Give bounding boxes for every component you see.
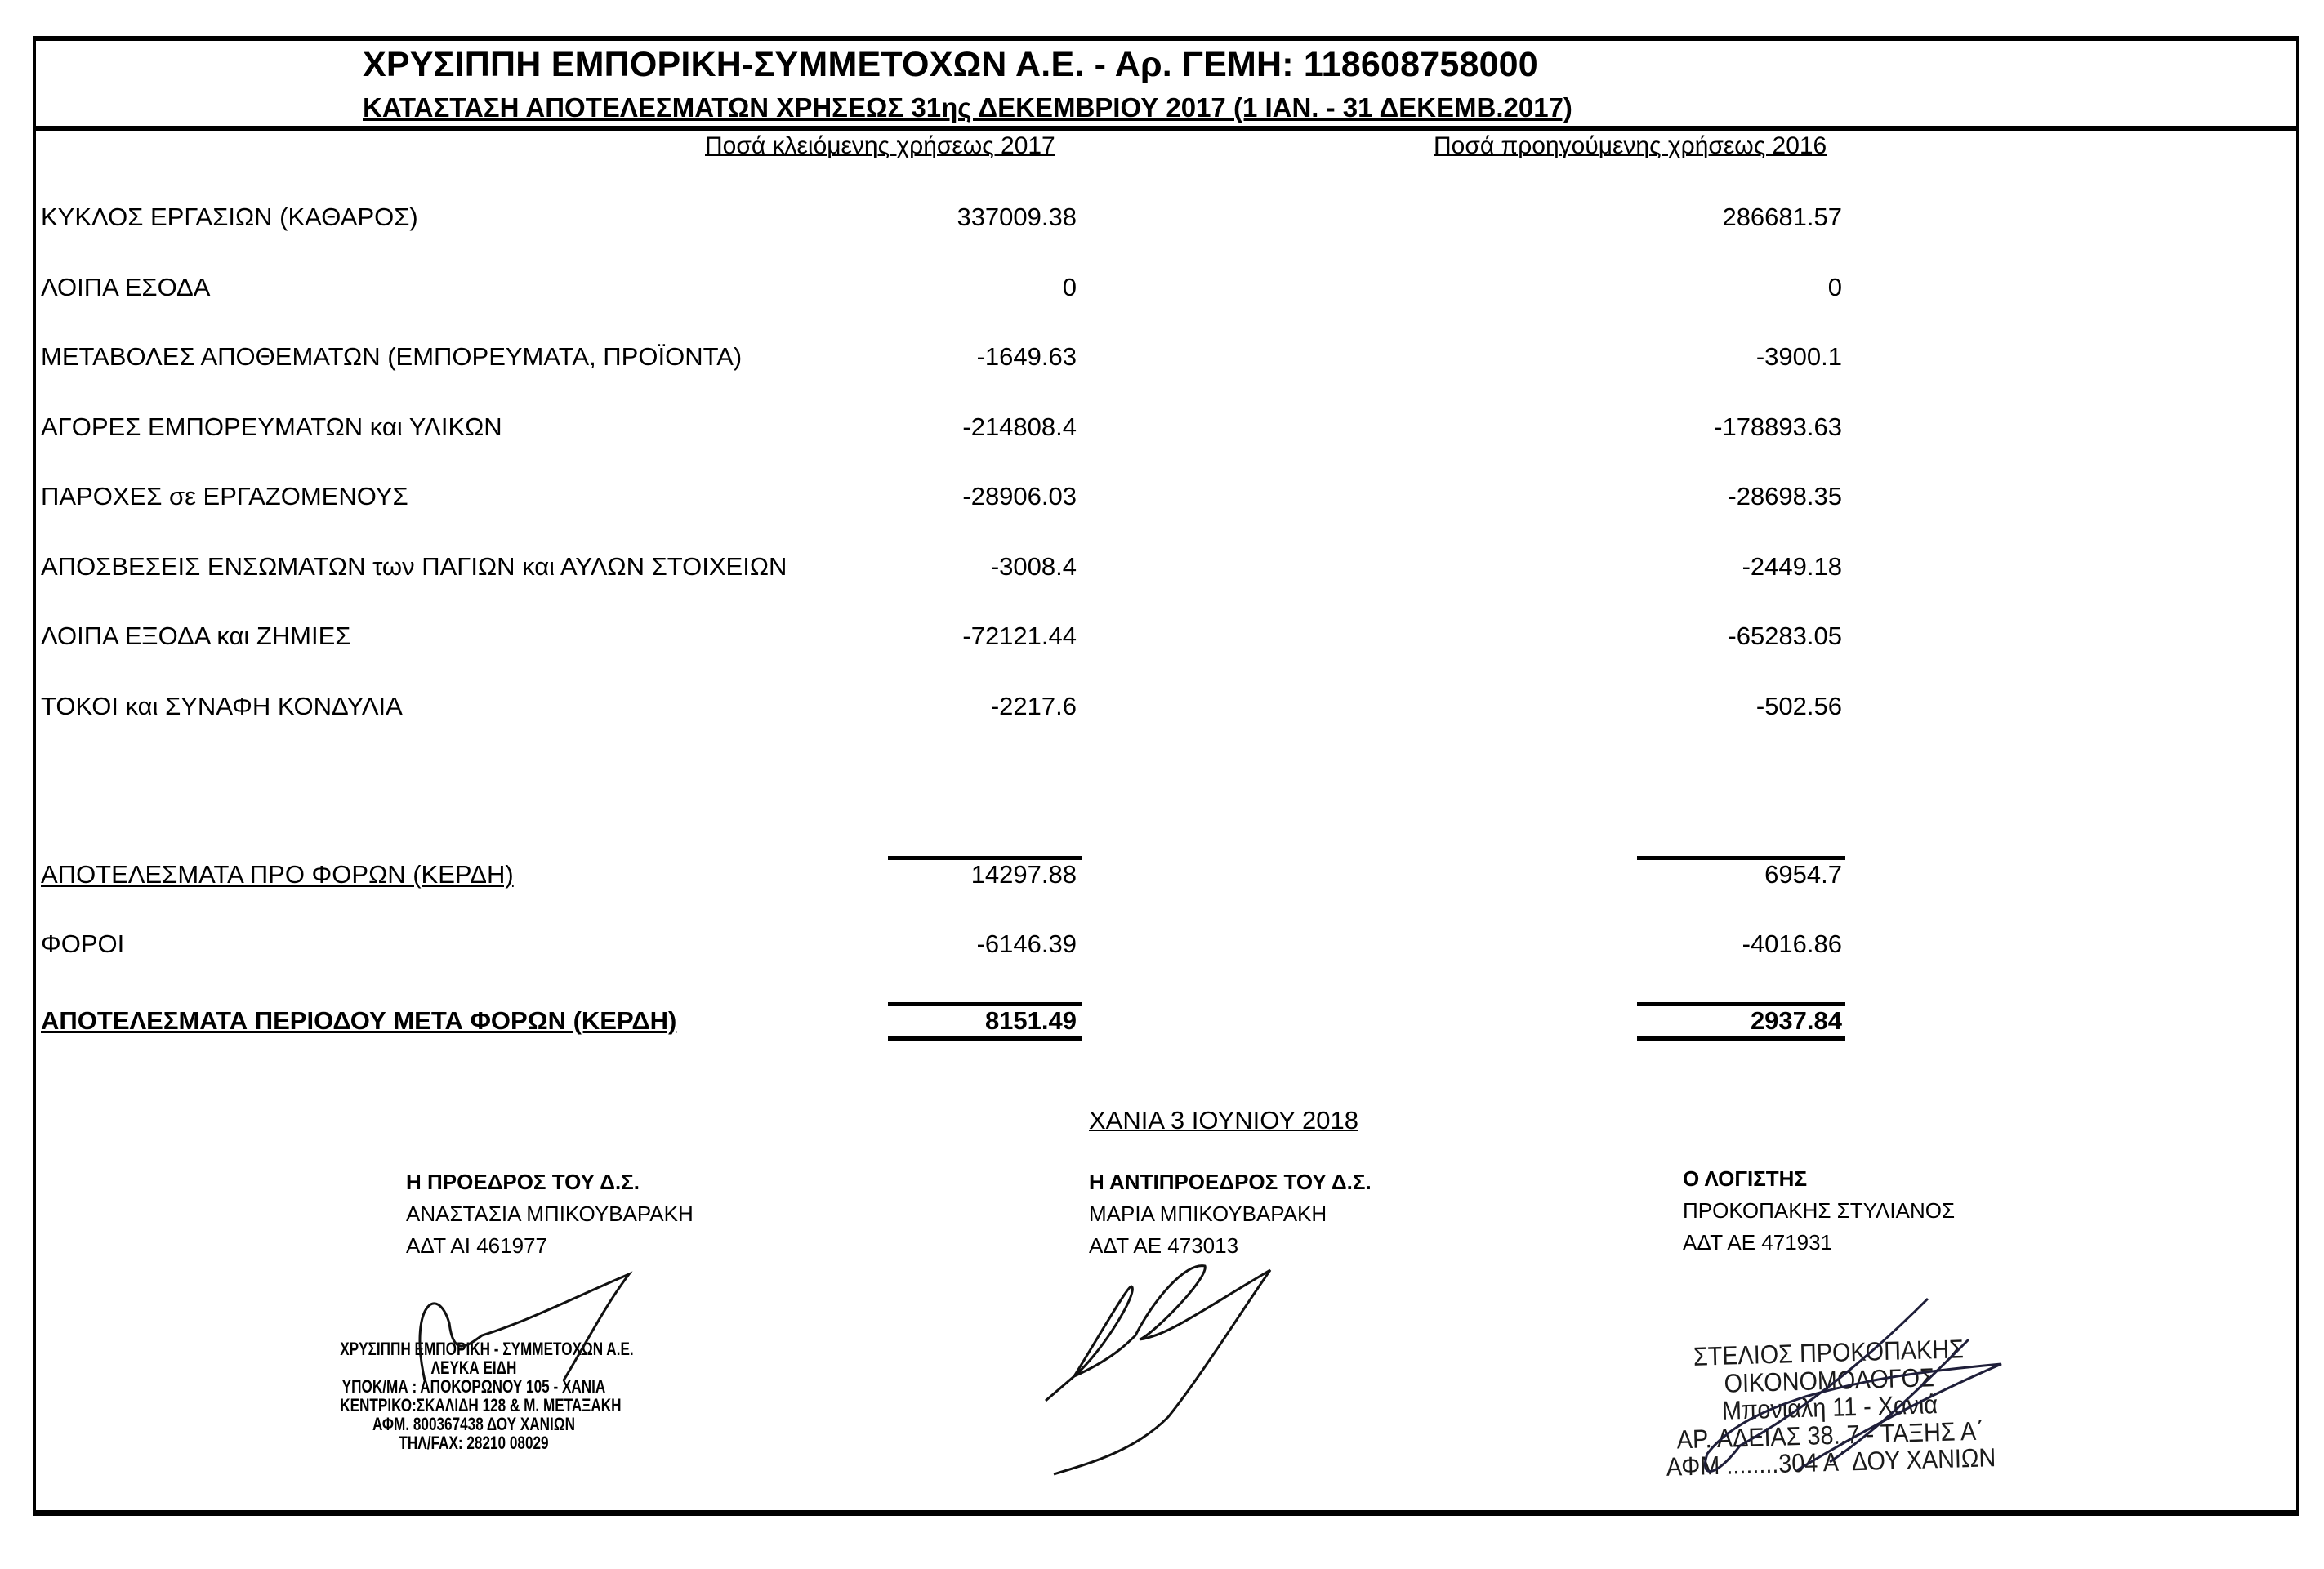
- line-item-2017: -214808.4: [750, 412, 1077, 442]
- signatory-vice-president: Η ΑΝΤΙΠΡΟΕΔΡΟΣ ΤΟΥ Δ.Σ. ΜΑΡΙΑ ΜΠΙΚΟΥΒΑΡΑ…: [1089, 1166, 1372, 1262]
- line-item-2017: -1649.63: [750, 342, 1077, 372]
- after-tax-label: ΑΠΟΤΕΛΕΣΜΑΤΑ ΠΕΡΙΟΔΟΥ ΜΕΤΑ ΦΟΡΩΝ (ΚΕΡΔΗ): [41, 1006, 676, 1036]
- signatory-name: ΑΝΑΣΤΑΣΙΑ ΜΠΙΚΟΥΒΑΡΑΚΗ: [406, 1198, 694, 1230]
- after-tax-2017: 8151.49: [750, 1006, 1077, 1036]
- line-item-2017: -3008.4: [750, 552, 1077, 582]
- header-divider: [33, 126, 2299, 131]
- taxes-label: ΦΟΡΟΙ: [41, 929, 124, 959]
- place-date: ΧΑΝΙΑ 3 ΙΟΥΝΙΟΥ 2018: [1089, 1106, 1358, 1135]
- signatory-president: Η ΠΡΟΕΔΡΟΣ ΤΟΥ Δ.Σ. ΑΝΑΣΤΑΣΙΑ ΜΠΙΚΟΥΒΑΡΑ…: [406, 1166, 694, 1262]
- pre-tax-label: ΑΠΟΤΕΛΕΣΜΑΤΑ ΠΡΟ ΦΟΡΩΝ (ΚΕΡΔΗ): [41, 860, 514, 889]
- signatory-role: Η ΠΡΟΕΔΡΟΣ ΤΟΥ Δ.Σ.: [406, 1166, 694, 1198]
- line-item-2016: -3900.1: [1515, 342, 1842, 372]
- signatory-id: ΑΔΤ ΑΕ 471931: [1683, 1227, 1955, 1259]
- column-header-2017: Ποσά κλειόμενης χρήσεως 2017: [705, 132, 1055, 160]
- line-item-2016: -178893.63: [1515, 412, 1842, 442]
- column-header-2016: Ποσά προηγούμενης χρήσεως 2016: [1434, 132, 1827, 160]
- signature-accountant-icon: [1650, 1282, 1993, 1495]
- pre-tax-2016: 6954.7: [1515, 860, 1842, 889]
- stamp-line: ΤΗΛ/FAX: 28210 08029: [340, 1433, 608, 1452]
- line-item-2017: 337009.38: [750, 203, 1077, 232]
- company-title: ΧΡΥΣΙΠΠΗ ΕΜΠΟΡΙΚΗ-ΣΥΜΜΕΤΟΧΩΝ Α.Ε. - Αρ. …: [363, 45, 2324, 85]
- line-item-label: ΛΟΙΠΑ ΕΣΟΔΑ: [41, 273, 210, 302]
- line-item-label: ΑΓΟΡΕΣ ΕΜΠΟΡΕΥΜΑΤΩΝ και ΥΛΙΚΩΝ: [41, 412, 502, 442]
- line-item-2017: -2217.6: [750, 692, 1077, 721]
- line-item-2016: -2449.18: [1515, 552, 1842, 582]
- signature-vice-president-icon: [1037, 1254, 1282, 1482]
- statement-title: ΚΑΤΑΣΤΑΣΗ ΑΠΟΤΕΛΕΣΜΑΤΩΝ ΧΡΗΣΕΩΣ 31ης ΔΕΚ…: [363, 92, 2324, 123]
- signature-president-icon: [359, 1258, 653, 1421]
- line-item-2016: -65283.05: [1515, 622, 1842, 651]
- line-item-2017: -28906.03: [750, 482, 1077, 511]
- line-item-2016: -28698.35: [1515, 482, 1842, 511]
- line-item-label: ΠΑΡΟΧΕΣ σε ΕΡΓΑΖΟΜΕΝΟΥΣ: [41, 482, 408, 511]
- line-item-label: ΛΟΙΠΑ ΕΞΟΔΑ και ΖΗΜΙΕΣ: [41, 622, 350, 651]
- after-tax-bottom-rule-2016: [1637, 1036, 1845, 1041]
- line-item-2016: 286681.57: [1515, 203, 1842, 232]
- signatory-role: Ο ΛΟΓΙΣΤΗΣ: [1683, 1163, 1955, 1195]
- taxes-2016: -4016.86: [1515, 929, 1842, 959]
- signatory-role: Η ΑΝΤΙΠΡΟΕΔΡΟΣ ΤΟΥ Δ.Σ.: [1089, 1166, 1372, 1198]
- taxes-2017: -6146.39: [750, 929, 1077, 959]
- line-item-label: ΚΥΚΛΟΣ ΕΡΓΑΣΙΩΝ (ΚΑΘΑΡΟΣ): [41, 203, 418, 232]
- signatory-name: ΜΑΡΙΑ ΜΠΙΚΟΥΒΑΡΑΚΗ: [1089, 1198, 1372, 1230]
- after-tax-bottom-rule-2017: [888, 1036, 1082, 1041]
- after-tax-2016: 2937.84: [1515, 1006, 1842, 1036]
- signatory-accountant: Ο ΛΟΓΙΣΤΗΣ ΠΡΟΚΟΠΑΚΗΣ ΣΤΥΛΙΑΝΟΣ ΑΔΤ ΑΕ 4…: [1683, 1163, 1955, 1259]
- pre-tax-2017: 14297.88: [750, 860, 1077, 889]
- line-item-label: ΑΠΟΣΒΕΣΕΙΣ ΕΝΣΩΜΑΤΩΝ των ΠΑΓΙΩΝ και ΑΥΛΩ…: [41, 552, 787, 582]
- line-item-label: ΤΟΚΟΙ και ΣΥΝΑΦΗ ΚΟΝΔΥΛΙΑ: [41, 692, 403, 721]
- line-item-label: ΜΕΤΑΒΟΛΕΣ ΑΠΟΘΕΜΑΤΩΝ (ΕΜΠΟΡΕΥΜΑΤΑ, ΠΡΟΪΟ…: [41, 342, 742, 372]
- signatory-name: ΠΡΟΚΟΠΑΚΗΣ ΣΤΥΛΙΑΝΟΣ: [1683, 1195, 1955, 1227]
- line-item-2016: 0: [1515, 273, 1842, 302]
- line-item-2017: -72121.44: [750, 622, 1077, 651]
- line-item-2017: 0: [750, 273, 1077, 302]
- line-item-2016: -502.56: [1515, 692, 1842, 721]
